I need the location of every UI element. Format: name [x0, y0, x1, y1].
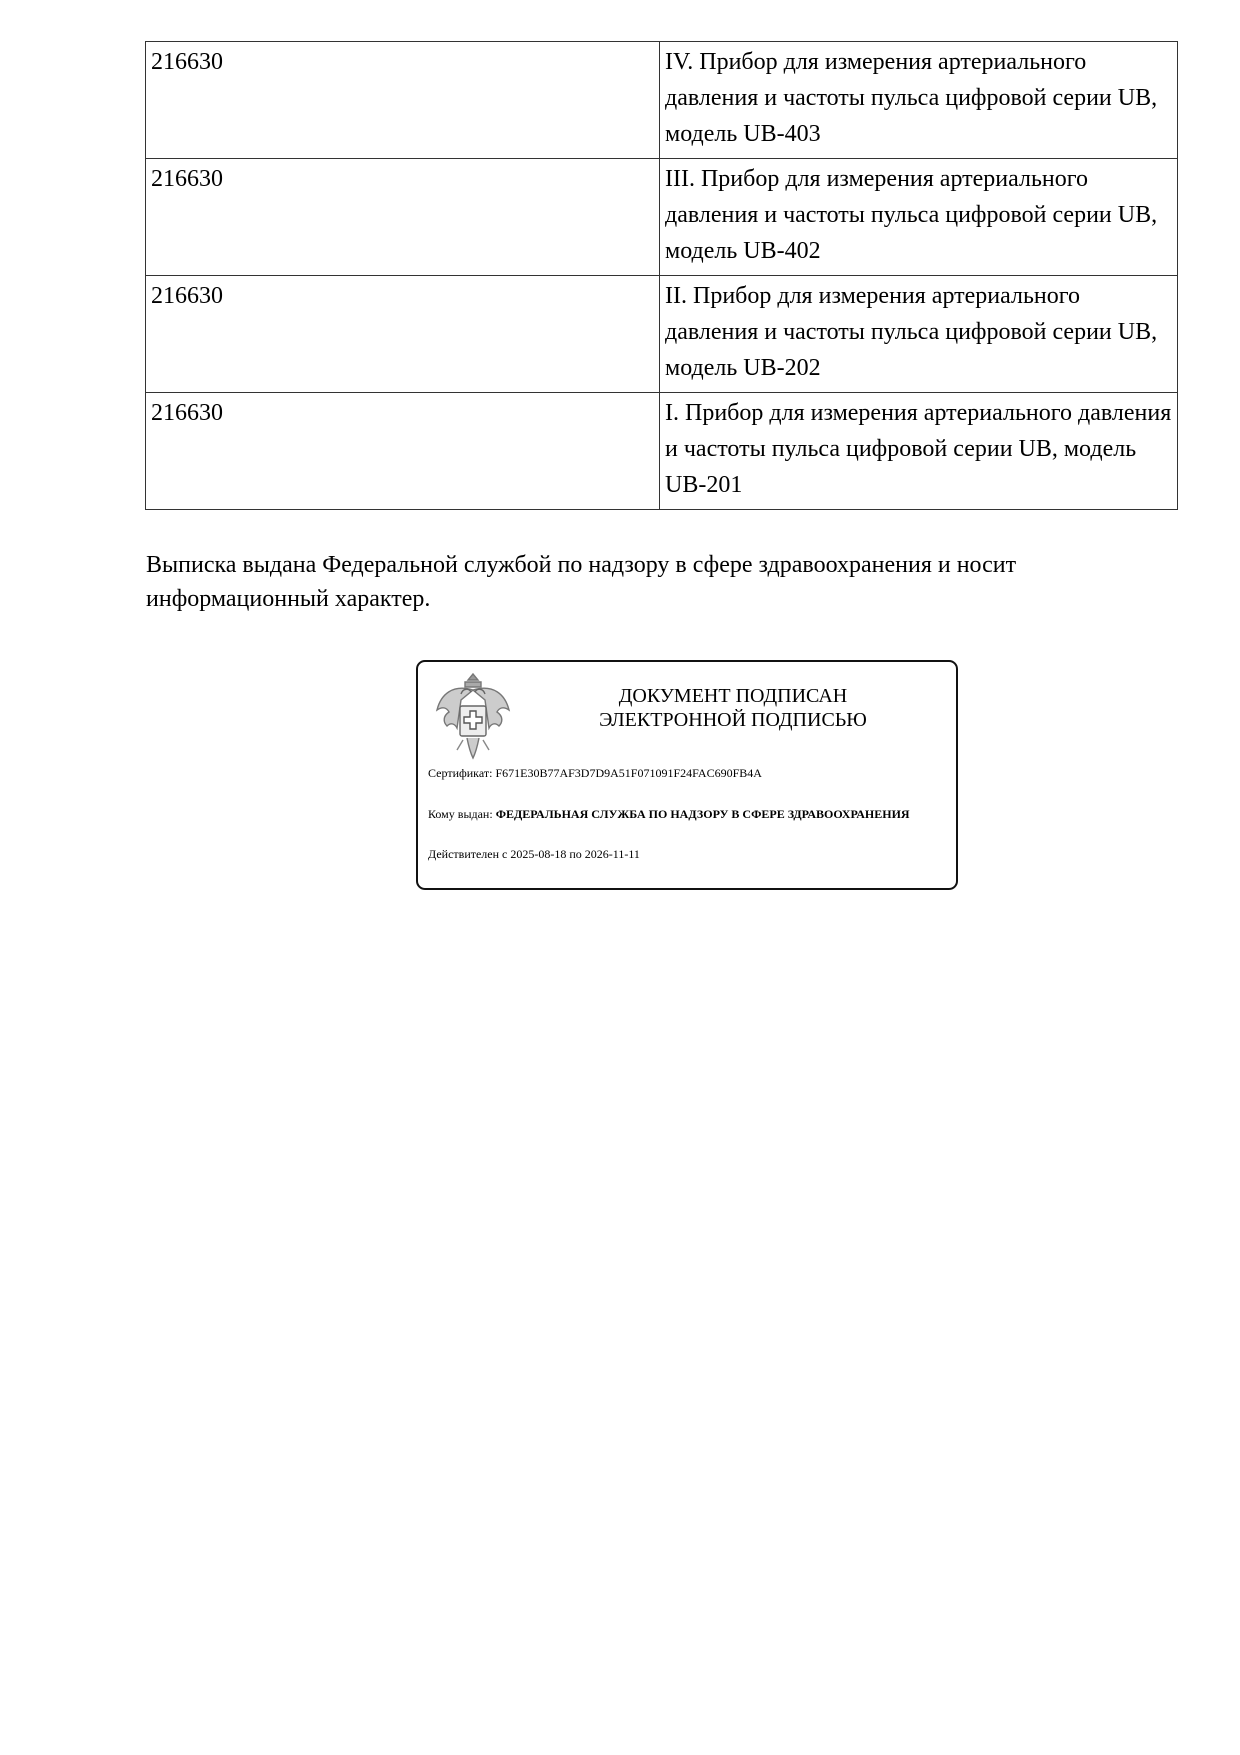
table-row: 216630 II. Прибор для измерения артериал… [146, 276, 1178, 393]
issued-to-line: Кому выдан: ФЕДЕРАЛЬНАЯ СЛУЖБА ПО НАДЗОР… [428, 807, 910, 822]
valid-from: 2025-08-18 [510, 847, 566, 861]
stamp-title-line-1: ДОКУМЕНТ ПОДПИСАН [568, 684, 898, 708]
registry-table: 216630 IV. Прибор для измерения артериал… [145, 41, 1178, 510]
certificate-line: Сертификат: F671E30B77AF3D7D9A51F071091F… [428, 766, 762, 781]
description-cell: II. Прибор для измерения артериального д… [660, 276, 1178, 393]
valid-label: Действителен с [428, 847, 507, 861]
certificate-value: F671E30B77AF3D7D9A51F071091F24FAC690FB4A [495, 766, 762, 780]
table-row: 216630 III. Прибор для измерения артериа… [146, 159, 1178, 276]
electronic-signature-stamp: ДОКУМЕНТ ПОДПИСАН ЭЛЕКТРОННОЙ ПОДПИСЬЮ С… [416, 660, 958, 890]
info-note: Выписка выдана Федеральной службой по на… [146, 548, 1146, 616]
table-row: 216630 I. Прибор для измерения артериаль… [146, 393, 1178, 510]
code-cell: 216630 [146, 42, 660, 159]
validity-line: Действителен с 2025-08-18 по 2026-11-11 [428, 847, 640, 862]
description-cell: IV. Прибор для измерения артериального д… [660, 42, 1178, 159]
table-row: 216630 IV. Прибор для измерения артериал… [146, 42, 1178, 159]
description-cell: I. Прибор для измерения артериального да… [660, 393, 1178, 510]
issued-to-value: ФЕДЕРАЛЬНАЯ СЛУЖБА ПО НАДЗОРУ В СФЕРЕ ЗД… [496, 807, 910, 821]
code-cell: 216630 [146, 393, 660, 510]
stamp-title: ДОКУМЕНТ ПОДПИСАН ЭЛЕКТРОННОЙ ПОДПИСЬЮ [568, 684, 898, 732]
stamp-title-line-2: ЭЛЕКТРОННОЙ ПОДПИСЬЮ [568, 708, 898, 732]
issued-to-label: Кому выдан: [428, 807, 493, 821]
description-cell: III. Прибор для измерения артериального … [660, 159, 1178, 276]
coat-of-arms-icon [433, 670, 513, 762]
valid-to-label: по [569, 847, 581, 861]
certificate-label: Сертификат: [428, 766, 492, 780]
code-cell: 216630 [146, 276, 660, 393]
code-cell: 216630 [146, 159, 660, 276]
valid-to: 2026-11-11 [585, 847, 640, 861]
